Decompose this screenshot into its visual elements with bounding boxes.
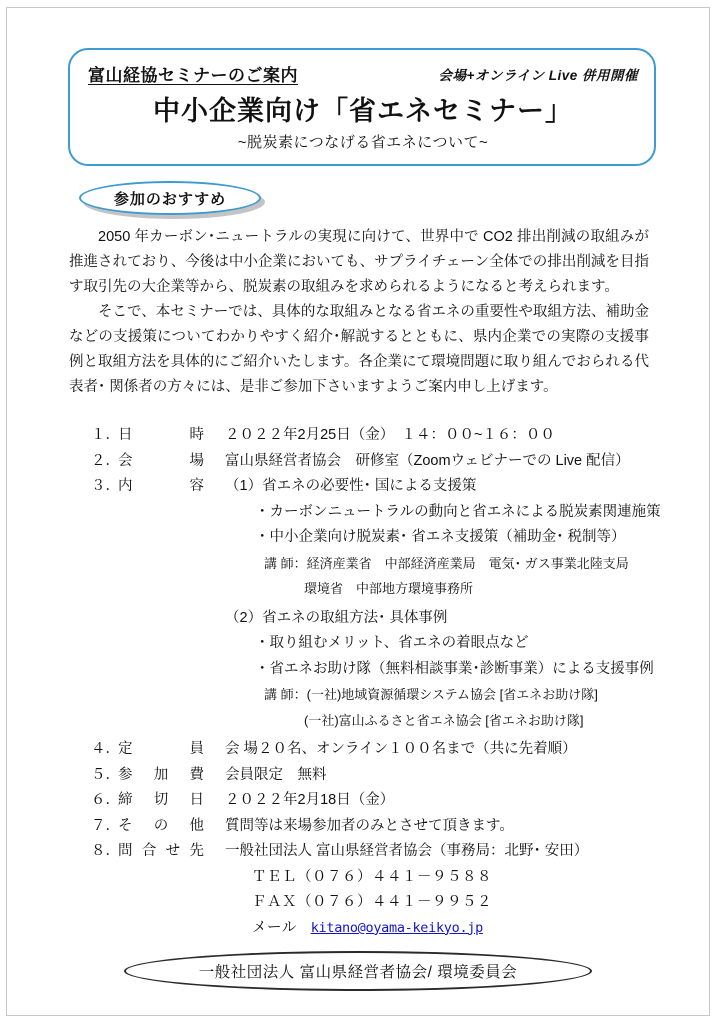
capacity-value: 会 場２０名、オンライン１００名まで（共に先着順） [225,737,577,763]
row-label: 定員 [118,737,204,763]
row-number: ６． [91,788,118,814]
contents-bullet: ・取り組むメリット、省エネの着眼点など [255,631,699,657]
row-label: 日時 [118,423,204,449]
seminar-details-list: １． 日時 ２０２２年2月25日（金） １４：００~１６：００ ２． 会場 富山… [91,423,699,941]
lecturer-line: (一社)富山ふるさと省エネ協会 [省エネお助け隊] [304,708,699,734]
contents-section-2: （2）省エネの取組方法･ 具体事例 [225,606,699,632]
contact-fax: ＦＡＸ（０７６）４４１－９９５２ [252,890,699,916]
row-label: 会場 [118,449,204,475]
row-number: ７． [91,814,118,840]
detail-row-contents: ３． 内容 （1）省エネの必要性･ 国による支援策 [91,474,699,500]
detail-row-fee: ５． 参加費 会員限定 無料 [91,763,699,789]
contact-mail-row: メール kitano@oyama-keikyo.jp [252,916,699,942]
row-label: 内容 [118,474,204,500]
detail-row-inquiry: ８． 問合せ先 一般社団法人 富山県経営者協会（事務局：北野･ 安田） [91,839,699,865]
inquiry-org-value: 一般社団法人 富山県経営者協会（事務局：北野･ 安田） [225,839,588,865]
deadline-value: ２０２２年2月18日（金） [225,788,394,814]
seminar-subtitle: ~脱炭素につなげる省エネについて~ [88,131,638,152]
recommend-badge-label: 参加のおすすめ [114,188,226,209]
detail-row-capacity: ４． 定員 会 場２０名、オンライン１００名まで（共に先着順） [91,737,699,763]
seminar-kicker: 富山経協セミナーのご案内 [88,61,298,86]
row-number: ５． [91,763,118,789]
contents-bullet: ・省エネお助け隊（無料相談事業･診断事業）による支援事例 [255,657,699,683]
intro-text-block: 2050 年カーボン･ニュートラルの実現に向けて、世界中で CO2 排出削減の取… [69,225,649,400]
date-time-value: ２０２２年2月25日（金） １４：００~１６：００ [225,423,555,449]
contact-mail-label: メール [252,916,297,942]
email-link[interactable]: kitano@oyama-keikyo.jp [311,916,483,942]
header-top-row: 富山経協セミナーのご案内 会場+オンライン Live 併用開催 [88,61,638,86]
recommend-paragraph-1: 2050 年カーボン･ニュートラルの実現に向けて、世界中で CO2 排出削減の取… [69,225,649,300]
row-number: ２． [91,449,118,475]
seminar-mode-note: 会場+オンライン Live 併用開催 [439,64,639,84]
page-frame: 富山経協セミナーのご案内 会場+オンライン Live 併用開催 中小企業向け「省… [6,7,710,1016]
contents-section-1: （1）省エネの必要性･ 国による支援策 [225,474,476,500]
row-number: ３． [91,474,118,500]
row-number: ４． [91,737,118,763]
lecturer-line: 講 師：経済産業省 中部経済産業局 電気･ ガス事業北陸支局 [264,551,699,577]
footer-organization: 一般社団法人 富山県経営者協会/ 環境委員会 [199,960,517,982]
row-label: その他 [118,814,204,840]
row-label: 締切日 [118,788,204,814]
seminar-title: 中小企業向け「省エネセミナー」 [88,95,638,127]
seminar-header-box: 富山経協セミナーのご案内 会場+オンライン Live 併用開催 中小企業向け「省… [68,48,656,166]
recommend-paragraph-2: そこで、本セミナーでは、具体的な取組みとなる省エネの重要性や取組方法、補助金など… [69,300,649,400]
venue-value: 富山県経営者協会 研修室（Zoomウェビナーでの Live 配信） [225,449,630,475]
other-note-value: 質問等は来場参加者のみとさせて頂きます。 [225,814,514,840]
detail-row-other: ７． その他 質問等は来場参加者のみとさせて頂きます。 [91,814,699,840]
recommend-badge: 参加のおすすめ [79,181,261,215]
detail-row-date: １． 日時 ２０２２年2月25日（金） １４：００~１６：００ [91,423,699,449]
contact-tel: ＴＥＬ（０７６）４４１－９５８８ [252,865,699,891]
detail-row-venue: ２． 会場 富山県経営者協会 研修室（Zoomウェビナーでの Live 配信） [91,449,699,475]
contents-bullet: ・中小企業向け脱炭素･ 省エネ支援策（補助金･ 税制等） [255,525,699,551]
row-number: ８． [91,839,118,865]
row-label: 参加費 [118,763,204,789]
detail-row-deadline: ６． 締切日 ２０２２年2月18日（金） [91,788,699,814]
row-number: １． [91,423,118,449]
fee-value: 会員限定 無料 [225,763,327,789]
lecturer-line: 講 師：(一社)地域資源循環システム協会 [省エネお助け隊] [264,682,699,708]
footer-oval: 一般社団法人 富山県経営者協会/ 環境委員会 [124,951,592,991]
row-label: 問合せ先 [118,839,204,865]
contents-bullet: ・カーボンニュートラルの動向と省エネによる脱炭素関連施策 [255,500,699,526]
lecturer-line: 環境省 中部地方環境事務所 [304,576,699,602]
